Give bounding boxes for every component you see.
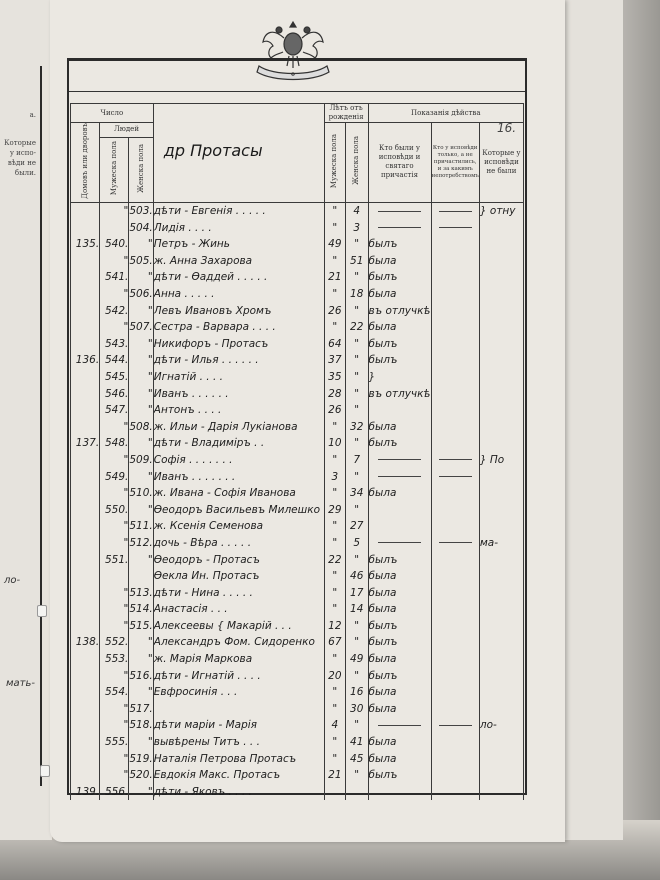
household-number xyxy=(71,584,100,601)
header-female: Женска пола xyxy=(129,137,153,202)
confession-status: была xyxy=(368,418,431,435)
household-number xyxy=(71,551,100,568)
age-male: " xyxy=(324,734,345,751)
table-row: " 505. ж. Анна Захарова " 51 была xyxy=(71,253,524,270)
person-name: Анастасія . . . xyxy=(153,601,324,618)
female-number: " xyxy=(129,501,153,518)
age-female: " xyxy=(345,767,368,784)
female-number: 517. xyxy=(129,701,153,718)
age-female: " xyxy=(345,634,368,651)
table-row: 138. 552. " Александръ Фом. Сидоренко 67… xyxy=(71,634,524,651)
person-name: Игнатій . . . . xyxy=(153,369,324,386)
confession-status: былъ xyxy=(368,767,431,784)
confession-only-status xyxy=(431,618,479,635)
male-number: " xyxy=(100,618,129,635)
table-row: " 509. Софія . . . . . . . " 7 } По xyxy=(71,452,524,469)
underlying-page-edge xyxy=(560,0,623,840)
margin-note xyxy=(479,584,523,601)
confession-only-status xyxy=(431,667,479,684)
margin-note xyxy=(479,369,523,386)
table-row: " 508. ж. Ильи - Дарія Лукіанова " 32 бы… xyxy=(71,418,524,435)
confession-status: былъ xyxy=(368,618,431,635)
female-number: " xyxy=(129,352,153,369)
age-male: 26 xyxy=(324,402,345,419)
table-row: " 503. дѣти - Евгенія . . . . . " 4 } от… xyxy=(71,202,524,219)
household-number xyxy=(71,219,100,236)
person-name: дѣти - Яковъ . . . . xyxy=(153,784,324,801)
age-male: " xyxy=(324,518,345,535)
confession-only-status xyxy=(431,219,479,236)
margin-note xyxy=(479,418,523,435)
left-page-header: а. Которые у испо-вѣди не были. xyxy=(0,110,36,178)
household-number xyxy=(71,601,100,618)
male-number: " xyxy=(100,667,129,684)
header-count: Число xyxy=(71,104,154,123)
confession-only-status xyxy=(431,319,479,336)
household-number xyxy=(71,618,100,635)
age-female: " xyxy=(345,501,368,518)
female-number: 504. xyxy=(129,219,153,236)
age-male: 12 xyxy=(324,618,345,635)
confession-only-status xyxy=(431,452,479,469)
person-name: ж. Ивана - Софія Иванова xyxy=(153,485,324,502)
confession-status: была xyxy=(368,684,431,701)
age-male: 37 xyxy=(324,352,345,369)
male-number: " xyxy=(100,319,129,336)
margin-note xyxy=(479,352,523,369)
female-number: " xyxy=(129,336,153,353)
confession-status: была xyxy=(368,253,431,270)
header-age-male: Мужеска пола xyxy=(324,123,345,203)
male-number: 540. xyxy=(100,236,129,253)
female-number: " xyxy=(129,784,153,801)
dash-line xyxy=(378,211,421,212)
confession-only-status xyxy=(431,485,479,502)
age-female: 7 xyxy=(345,452,368,469)
margin-note xyxy=(479,734,523,751)
household-number xyxy=(71,701,100,718)
female-number: 512. xyxy=(129,535,153,552)
section-title-cell: др Протасы xyxy=(153,104,324,203)
margin-note xyxy=(479,485,523,502)
margin-note xyxy=(479,336,523,353)
female-number: " xyxy=(129,302,153,319)
household-number: 136. xyxy=(71,352,100,369)
person-name: дѣти - Евгенія . . . . . xyxy=(153,202,324,219)
left-page: а. Которые у испо-вѣди не были. ло- мать… xyxy=(0,0,53,840)
table-row: 543. " Никифоръ - Протасъ 64 " былъ xyxy=(71,336,524,353)
confession-status: была xyxy=(368,584,431,601)
table-row: 541. " дѣти - Ѳаддей . . . . . 21 " былъ xyxy=(71,269,524,286)
age-male: 3 xyxy=(324,468,345,485)
margin-note: } По xyxy=(479,452,523,469)
age-female: 5 xyxy=(345,535,368,552)
confession-only-status xyxy=(431,253,479,270)
age-female: 46 xyxy=(345,568,368,585)
age-male: " xyxy=(324,319,345,336)
margin-note xyxy=(479,468,523,485)
margin-note xyxy=(479,236,523,253)
age-male xyxy=(324,784,345,801)
age-female: " xyxy=(345,468,368,485)
person-name: Левъ Ивановъ Хромъ xyxy=(153,302,324,319)
household-number xyxy=(71,269,100,286)
male-number: " xyxy=(100,202,129,219)
female-number: " xyxy=(129,468,153,485)
dash-line xyxy=(439,542,472,543)
left-margin-note: мать- xyxy=(6,678,35,689)
female-number: 509. xyxy=(129,452,153,469)
confession-only-status xyxy=(431,501,479,518)
confession-only-status xyxy=(431,385,479,402)
table-row: " 507. Сестра - Варвара . . . . " 22 был… xyxy=(71,319,524,336)
margin-note xyxy=(479,286,523,303)
male-number: " xyxy=(100,750,129,767)
confession-only-status xyxy=(431,202,479,219)
household-number xyxy=(71,202,100,219)
margin-note xyxy=(479,219,523,236)
female-number: " xyxy=(129,651,153,668)
confession-status: былъ xyxy=(368,352,431,369)
confession-only-status xyxy=(431,551,479,568)
age-male: 26 xyxy=(324,302,345,319)
male-number: 550. xyxy=(100,501,129,518)
male-number: 554. xyxy=(100,684,129,701)
female-number: 510. xyxy=(129,485,153,502)
household-number xyxy=(71,402,100,419)
dash-line xyxy=(439,211,472,212)
person-name: дѣти - Нина . . . . . xyxy=(153,584,324,601)
age-male: " xyxy=(324,601,345,618)
female-number: 511. xyxy=(129,518,153,535)
confession-status: была xyxy=(368,286,431,303)
confession-status xyxy=(368,402,431,419)
male-number: 544. xyxy=(100,352,129,369)
male-number: 547. xyxy=(100,402,129,419)
person-name: ж. Анна Захарова xyxy=(153,253,324,270)
household-number xyxy=(71,651,100,668)
table-surface xyxy=(620,0,660,880)
age-female: 51 xyxy=(345,253,368,270)
age-female: " xyxy=(345,717,368,734)
confession-only-status xyxy=(431,750,479,767)
confession-status: былъ xyxy=(368,667,431,684)
female-number: 520. xyxy=(129,767,153,784)
age-male: " xyxy=(324,684,345,701)
male-number: 548. xyxy=(100,435,129,452)
female-number: " xyxy=(129,236,153,253)
margin-note xyxy=(479,667,523,684)
female-number: 513. xyxy=(129,584,153,601)
table-row: 542. " Левъ Ивановъ Хромъ 26 " въ отлучк… xyxy=(71,302,524,319)
male-number: 541. xyxy=(100,269,129,286)
register-frame: 16. Число др Протасы Лѣтъ отъ рожденія П… xyxy=(67,58,527,795)
female-number: 503. xyxy=(129,202,153,219)
age-female: " xyxy=(345,336,368,353)
female-number: 518. xyxy=(129,717,153,734)
confession-only-status xyxy=(431,651,479,668)
female-number: " xyxy=(129,551,153,568)
person-name: Петръ - Жинь xyxy=(153,236,324,253)
table-row: " 517. " 30 была xyxy=(71,701,524,718)
table-row: " 519. Наталія Петрова Протасъ " 45 была xyxy=(71,750,524,767)
age-female: 32 xyxy=(345,418,368,435)
male-number: " xyxy=(100,767,129,784)
age-female: 45 xyxy=(345,750,368,767)
female-number: 514. xyxy=(129,601,153,618)
male-number: " xyxy=(100,253,129,270)
male-number: " xyxy=(100,485,129,502)
age-female: " xyxy=(345,302,368,319)
confession-only-status xyxy=(431,352,479,369)
age-female: 27 xyxy=(345,518,368,535)
margin-note xyxy=(479,302,523,319)
section-title: др Протасы xyxy=(164,141,263,160)
household-number xyxy=(71,485,100,502)
female-number: " xyxy=(129,634,153,651)
confession-only-status xyxy=(431,286,479,303)
register-page: ✠ 16. Число др Протасы Лѣтъ отъ рожденія… xyxy=(50,0,565,842)
person-name: Наталія Петрова Протасъ xyxy=(153,750,324,767)
table-row: 545. " Игнатій . . . . 35 " } xyxy=(71,369,524,386)
dash-line xyxy=(439,227,472,228)
age-female: 18 xyxy=(345,286,368,303)
female-number: " xyxy=(129,269,153,286)
confession-only-status xyxy=(431,336,479,353)
female-number: 506. xyxy=(129,286,153,303)
age-female: 49 xyxy=(345,651,368,668)
confession-only-status xyxy=(431,717,479,734)
confession-only-status xyxy=(431,418,479,435)
table-row: " 506. Анна . . . . . " 18 была xyxy=(71,286,524,303)
header-not-confessed: Которые у исповѣди не были xyxy=(479,123,523,203)
table-row: 136. 544. " дѣти - Илья . . . . . . 37 "… xyxy=(71,352,524,369)
margin-note xyxy=(479,568,523,585)
male-number: 542. xyxy=(100,302,129,319)
person-name: Ѳеодоръ Васильевъ Милешко xyxy=(153,501,324,518)
age-female: " xyxy=(345,385,368,402)
confession-only-status xyxy=(431,468,479,485)
male-number: 546. xyxy=(100,385,129,402)
table-row: 135. 540. " Петръ - Жинь 49 " былъ xyxy=(71,236,524,253)
age-female: " xyxy=(345,369,368,386)
female-number: " xyxy=(129,369,153,386)
margin-note xyxy=(479,701,523,718)
age-female: 17 xyxy=(345,584,368,601)
confession-only-status xyxy=(431,734,479,751)
confession-only-status xyxy=(431,518,479,535)
person-name: Ѳекла Ин. Протасъ xyxy=(153,568,324,585)
table-row: 549. " Иванъ . . . . . . . 3 " xyxy=(71,468,524,485)
household-number xyxy=(71,535,100,552)
confession-status: была xyxy=(368,601,431,618)
table-row: 555. " вывѣрены Титъ . . . " 41 была xyxy=(71,734,524,751)
age-female: " xyxy=(345,269,368,286)
confession-only-status xyxy=(431,568,479,585)
age-male: " xyxy=(324,286,345,303)
male-number: " xyxy=(100,286,129,303)
margin-note xyxy=(479,518,523,535)
person-name: вывѣрены Титъ . . . xyxy=(153,734,324,751)
margin-note xyxy=(479,253,523,270)
confession-only-status xyxy=(431,634,479,651)
header-rule xyxy=(69,91,525,92)
margin-note xyxy=(479,501,523,518)
confession-only-status xyxy=(431,784,479,801)
header-confession: Показанія дѣйства xyxy=(368,104,523,123)
confession-only-status xyxy=(431,601,479,618)
confession-only-status xyxy=(431,435,479,452)
dash-line xyxy=(378,459,421,460)
person-name: Никифоръ - Протасъ xyxy=(153,336,324,353)
person-name: Александръ Фом. Сидоренко xyxy=(153,634,324,651)
male-number: 545. xyxy=(100,369,129,386)
age-female: 14 xyxy=(345,601,368,618)
table-row: " 513. дѣти - Нина . . . . . " 17 была xyxy=(71,584,524,601)
confession-status: была xyxy=(368,701,431,718)
age-male: " xyxy=(324,202,345,219)
table-row: " 516. дѣти - Игнатій . . . . 20 " былъ xyxy=(71,667,524,684)
person-name: дѣти - Ѳаддей . . . . . xyxy=(153,269,324,286)
household-number xyxy=(71,319,100,336)
age-male: 22 xyxy=(324,551,345,568)
header-male: Мужеска пола xyxy=(100,137,129,202)
table-row: Ѳекла Ин. Протасъ " 46 была xyxy=(71,568,524,585)
confession-status: въ отлучкѣ xyxy=(368,302,431,319)
age-male: 64 xyxy=(324,336,345,353)
person-name xyxy=(153,701,324,718)
margin-note: } отну xyxy=(479,202,523,219)
margin-note: ма- xyxy=(479,535,523,552)
header-households: Домовъ или дворовъ xyxy=(71,123,100,203)
person-name: Иванъ . . . . . . . xyxy=(153,468,324,485)
household-number xyxy=(71,253,100,270)
margin-note xyxy=(479,618,523,635)
age-male: " xyxy=(324,219,345,236)
dash-line xyxy=(439,459,472,460)
person-name: ж. Ксенія Семенова xyxy=(153,518,324,535)
confession-status: была xyxy=(368,651,431,668)
header-confessed-communed: Кто были у исповѣди и святаго причастія xyxy=(368,123,431,203)
age-male: 49 xyxy=(324,236,345,253)
confession-only-status xyxy=(431,402,479,419)
header-confessed-only: Кто у исповѣди только, а не причастились… xyxy=(431,123,479,203)
female-number: " xyxy=(129,402,153,419)
age-male: " xyxy=(324,750,345,767)
age-male: " xyxy=(324,568,345,585)
table-row: " 520. Евдокія Макс. Протасъ 21 " былъ xyxy=(71,767,524,784)
female-number: 516. xyxy=(129,667,153,684)
confession-status xyxy=(368,219,431,236)
household-number xyxy=(71,452,100,469)
female-number: 508. xyxy=(129,418,153,435)
age-male: " xyxy=(324,452,345,469)
person-name: дѣти - Игнатій . . . . xyxy=(153,667,324,684)
household-number xyxy=(71,568,100,585)
age-male: " xyxy=(324,418,345,435)
confession-status xyxy=(368,202,431,219)
age-male: " xyxy=(324,485,345,502)
age-female: " xyxy=(345,236,368,253)
male-number: " xyxy=(100,601,129,618)
table-row: " 515. Алексеевы { Макарій . . . 12 " бы… xyxy=(71,618,524,635)
table-row: 504. Лидія . . . . " 3 xyxy=(71,219,524,236)
age-female: 34 xyxy=(345,485,368,502)
female-number: " xyxy=(129,734,153,751)
margin-note xyxy=(479,435,523,452)
female-number: 519. xyxy=(129,750,153,767)
header-ages: Лѣтъ отъ рожденія xyxy=(324,104,368,123)
margin-note xyxy=(479,402,523,419)
confession-status: былъ xyxy=(368,236,431,253)
confession-status: была xyxy=(368,734,431,751)
margin-note xyxy=(479,750,523,767)
age-male: 35 xyxy=(324,369,345,386)
household-number xyxy=(71,501,100,518)
female-number xyxy=(129,568,153,585)
person-name: дѣти - Илья . . . . . . xyxy=(153,352,324,369)
dash-line xyxy=(439,725,472,726)
household-number xyxy=(71,468,100,485)
header-age-female: Женска пола xyxy=(345,123,368,203)
male-number: 549. xyxy=(100,468,129,485)
person-name: Евфросинія . . . xyxy=(153,684,324,701)
dash-line xyxy=(378,542,421,543)
household-number xyxy=(71,336,100,353)
male-number: " xyxy=(100,584,129,601)
table-row: " 514. Анастасія . . . " 14 была xyxy=(71,601,524,618)
person-name: Антонъ . . . . xyxy=(153,402,324,419)
person-name: Евдокія Макс. Протасъ xyxy=(153,767,324,784)
dash-line xyxy=(378,725,421,726)
household-number: 137. xyxy=(71,435,100,452)
age-female: " xyxy=(345,435,368,452)
table-row: 547. " Антонъ . . . . 26 " xyxy=(71,402,524,419)
confession-status: была xyxy=(368,485,431,502)
confession-status: былъ xyxy=(368,435,431,452)
binding-staple xyxy=(40,765,50,777)
age-male: 67 xyxy=(324,634,345,651)
margin-note: ло- xyxy=(479,717,523,734)
confession-only-status xyxy=(431,767,479,784)
table-row: 553. " ж. Марія Маркова " 49 была xyxy=(71,651,524,668)
table-row: " 518. дѣти маріи - Марія 4 " ло- xyxy=(71,717,524,734)
male-number: " xyxy=(100,418,129,435)
confession-status: была xyxy=(368,750,431,767)
male-number: 552. xyxy=(100,634,129,651)
age-male: " xyxy=(324,584,345,601)
household-number: 138. xyxy=(71,634,100,651)
household-number xyxy=(71,717,100,734)
age-female: 4 xyxy=(345,202,368,219)
household-number xyxy=(71,684,100,701)
age-female: " xyxy=(345,618,368,635)
table-row: " 511. ж. Ксенія Семенова " 27 xyxy=(71,518,524,535)
binding-staple xyxy=(37,605,47,617)
dash-line xyxy=(378,476,421,477)
margin-note xyxy=(479,651,523,668)
age-female: 16 xyxy=(345,684,368,701)
margin-note xyxy=(479,784,523,801)
confession-only-status xyxy=(431,369,479,386)
age-male: " xyxy=(324,701,345,718)
person-name: дѣти маріи - Марія xyxy=(153,717,324,734)
female-number: " xyxy=(129,435,153,452)
table-row: " 512. дочь - Вѣра . . . . . " 5 ма- xyxy=(71,535,524,552)
person-name: Сестра - Варвара . . . . xyxy=(153,319,324,336)
household-number xyxy=(71,302,100,319)
person-name: Софія . . . . . . . xyxy=(153,452,324,469)
